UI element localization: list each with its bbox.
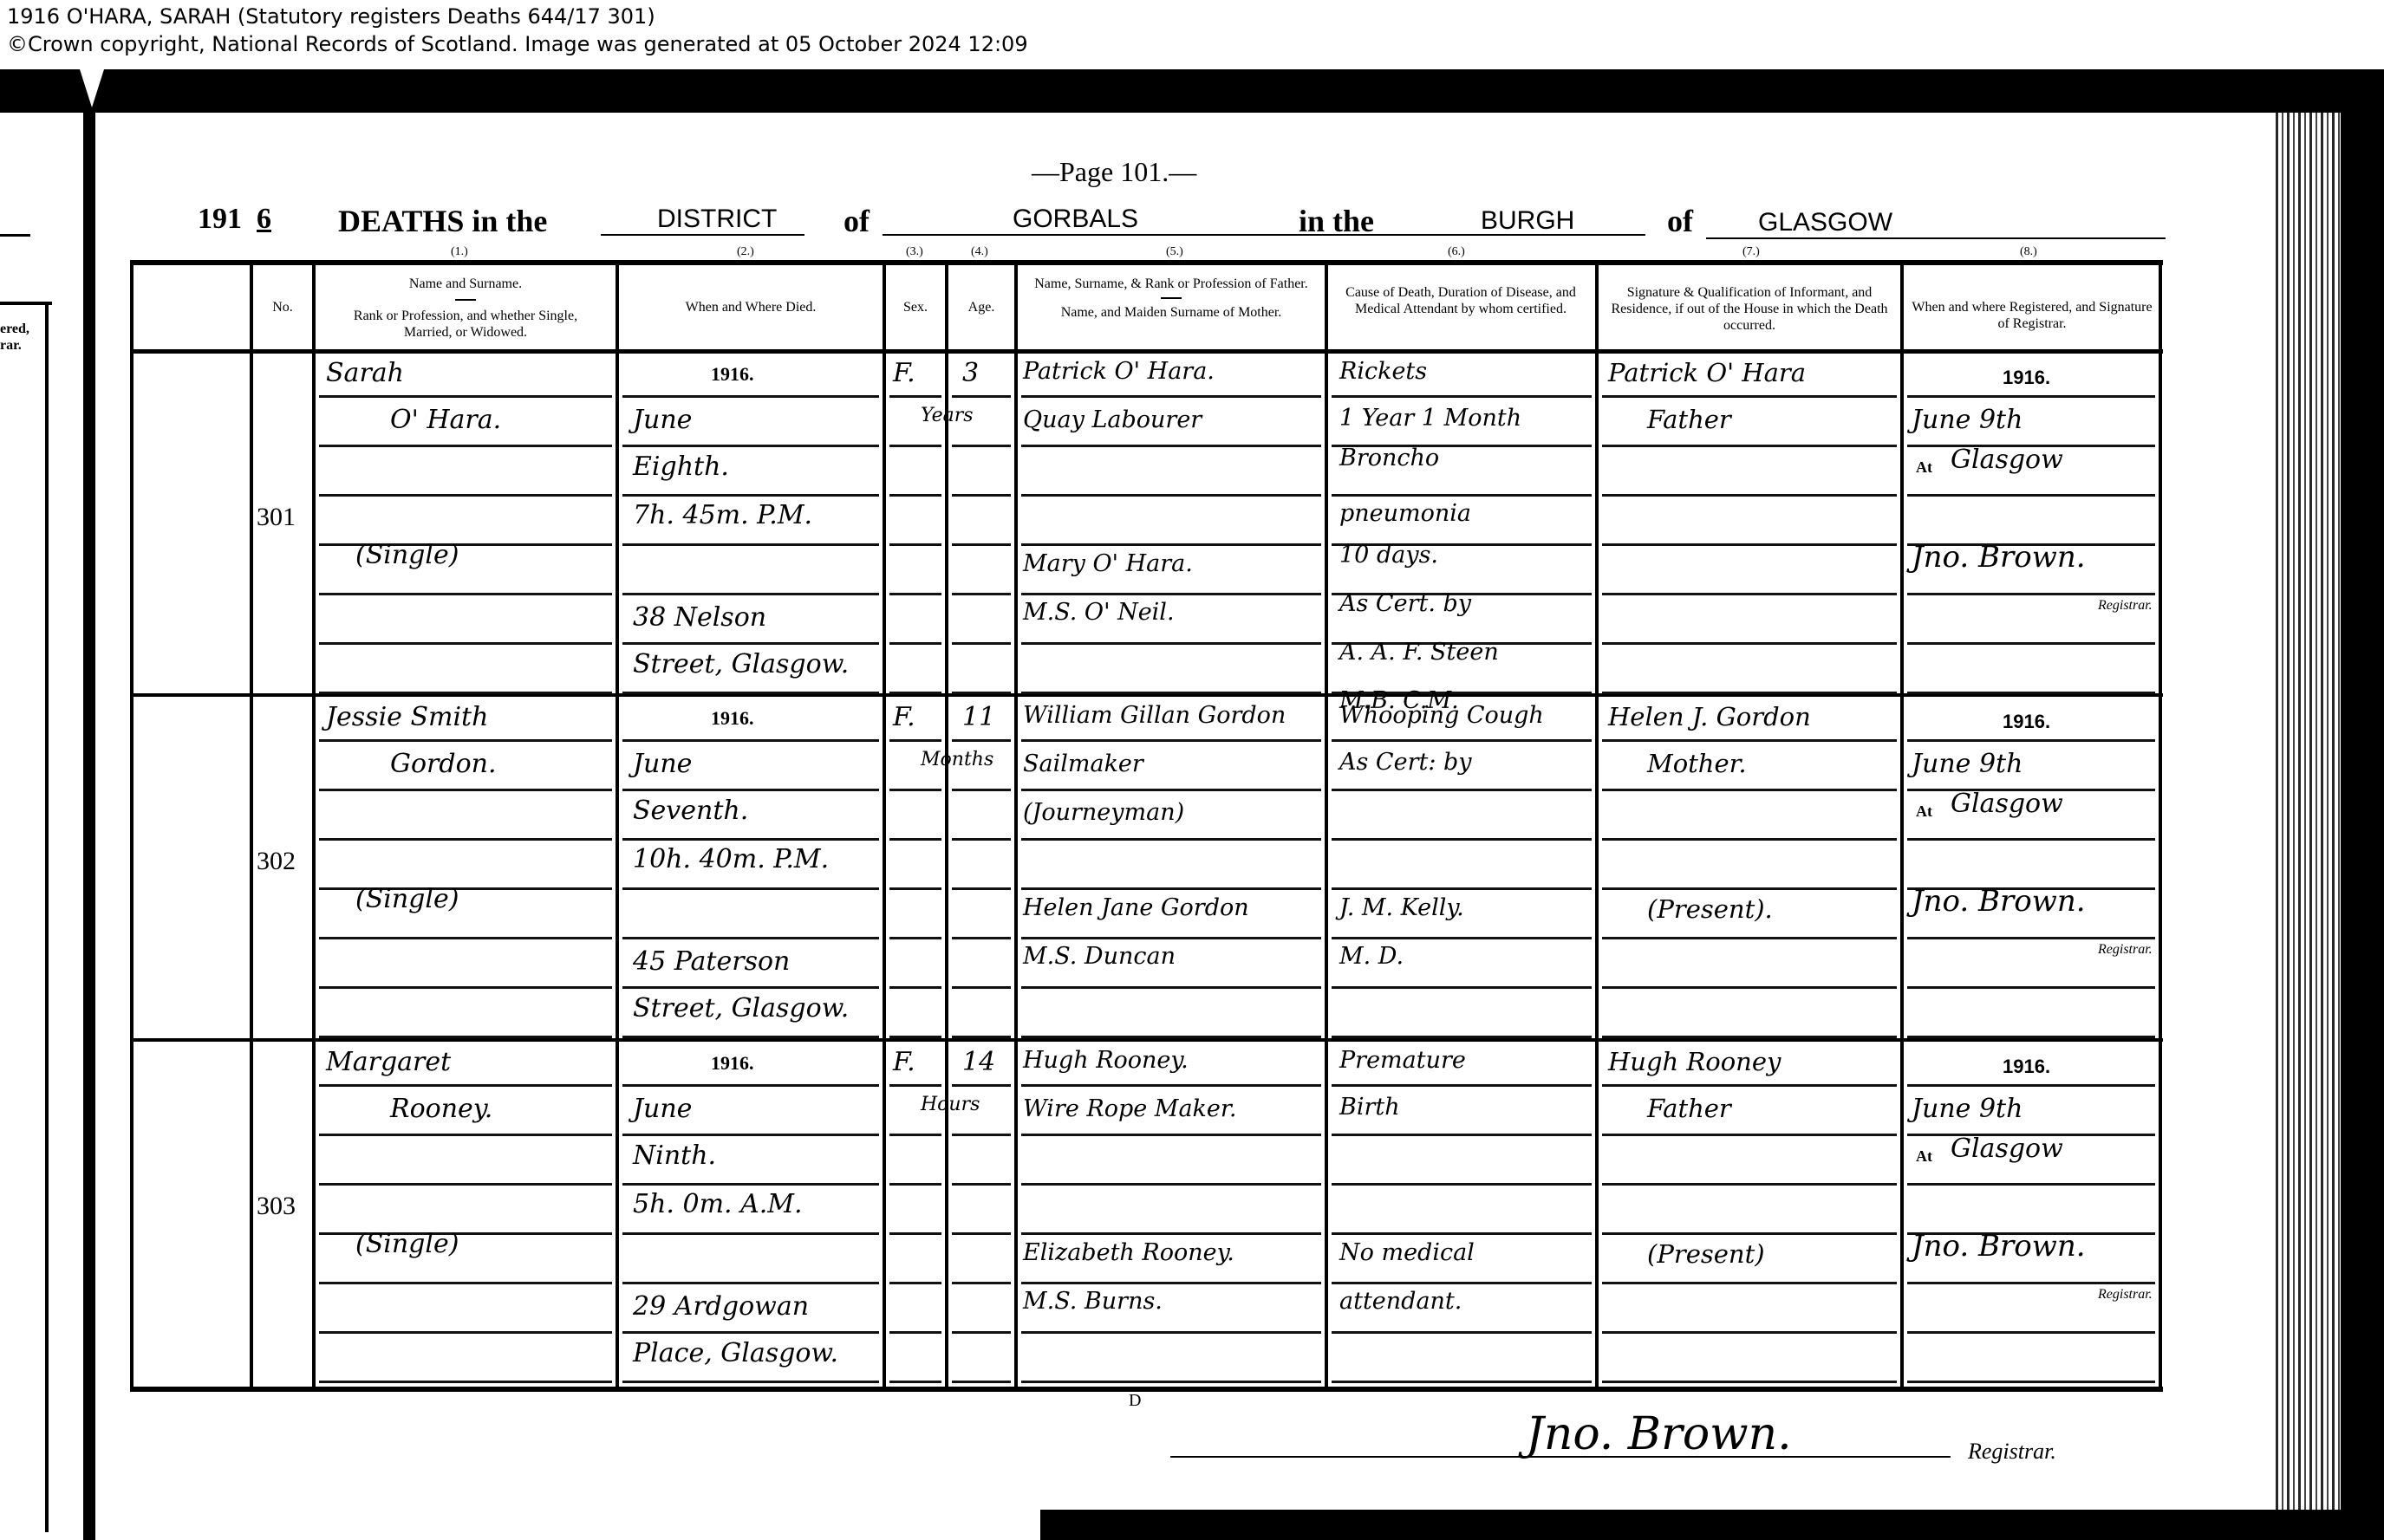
ruled-line (622, 395, 879, 398)
header-name-top: Name and Surname. (316, 276, 616, 292)
ruled-line (1602, 1331, 1897, 1334)
ruled-line (1332, 1381, 1592, 1383)
ruled-line (622, 937, 879, 939)
ruled-line (952, 937, 1011, 939)
registered-place: Glasgow (1951, 445, 2063, 475)
ruled-line (1021, 789, 1321, 791)
registered-year: 1916. (2003, 1056, 2050, 1078)
ruled-line (319, 692, 612, 694)
ruled-line (1021, 494, 1321, 497)
mother-line: Elizabeth Rooney. (1023, 1239, 1234, 1266)
district-type: DISTRICT (657, 205, 777, 234)
registered-date: June 9th (1912, 405, 2022, 435)
ruled-line (889, 838, 941, 841)
header-cause: Cause of Death, Duration of Disease, and… (1335, 284, 1586, 317)
cause-line: Birth (1339, 1094, 1400, 1121)
mother-line: M.S. Burns. (1023, 1288, 1163, 1315)
registrar-label: Registrar. (2098, 598, 2153, 614)
ruled-line (622, 494, 879, 497)
column-number: (3.) (906, 245, 923, 259)
ruled-line (1602, 1183, 1897, 1186)
when-where-line: 7h. 45m. P.M. (633, 500, 812, 530)
column-number: (1.) (451, 245, 468, 259)
age-value: 11 (962, 702, 995, 732)
ruled-line (1021, 1183, 1321, 1186)
ruled-line (889, 494, 941, 497)
ruled-line (1021, 937, 1321, 939)
gutter-notch (80, 69, 104, 107)
informant-line: Hugh Rooney (1608, 1047, 1781, 1076)
sex: F. (893, 702, 915, 732)
age-value: 14 (962, 1047, 995, 1077)
ruled-line (319, 937, 612, 939)
ruled-line (889, 986, 941, 989)
when-where-line: Seventh. (633, 796, 748, 826)
when-where-line: 29 Ardgowan (633, 1291, 809, 1322)
registrar-signature: Jno. Brown. (1912, 884, 2086, 919)
heading-deaths: DEATHS in the (338, 203, 547, 239)
ruled-line (622, 1232, 879, 1235)
ruled-line (1907, 494, 2155, 497)
ruled-line (1907, 1183, 2155, 1186)
ruled-line (1907, 1381, 2155, 1383)
ruled-line (889, 395, 941, 398)
when-where-line: June (633, 405, 692, 435)
column-number: (5.) (1166, 245, 1183, 259)
header-registered: When and where Registered, and Signature… (1907, 299, 2157, 332)
cause-line: 1 Year 1 Month (1339, 405, 1521, 432)
ruled-line (1021, 593, 1321, 595)
ruled-line (952, 789, 1011, 791)
ruled-line (1332, 887, 1592, 890)
ruled-line (952, 739, 1011, 742)
ruled-line (952, 445, 1011, 447)
ruled-line (319, 395, 612, 398)
ruled-line (1332, 1036, 1592, 1038)
registrar-signature: Jno. Brown. (1912, 540, 2086, 575)
ruled-line (319, 494, 612, 497)
page-number: —Page 101.— (1032, 156, 1196, 188)
cause-line: 10 days. (1339, 542, 1438, 569)
ruled-line (889, 445, 941, 447)
father-line: Quay Labourer (1023, 406, 1202, 433)
ruled-line (1332, 1232, 1592, 1235)
registered-at-label: At (1916, 802, 1932, 821)
ruled-line (1602, 937, 1897, 939)
ruled-line (319, 642, 612, 645)
ruled-line (1332, 1183, 1592, 1186)
when-where-line: 1916. (711, 707, 754, 730)
ruled-line (1332, 1331, 1592, 1334)
when-where-line: 1916. (711, 1052, 754, 1075)
ruled-line (1332, 789, 1592, 791)
deceased-name: Jessie Smith (326, 702, 488, 732)
ruled-line (889, 543, 941, 546)
ruled-line (952, 838, 1011, 841)
ruled-line (1907, 692, 2155, 694)
ruled-line (1907, 937, 2155, 939)
registrar-label: Registrar. (2098, 1287, 2153, 1303)
ruled-line (1602, 395, 1897, 398)
entry-number: 302 (257, 847, 296, 876)
registered-year: 1916. (2003, 367, 2050, 389)
when-where-line: 45 Paterson (633, 946, 790, 977)
ruled-line (1021, 1232, 1321, 1235)
when-where-line: Place, Glasgow. (633, 1338, 838, 1368)
ruled-line (622, 1282, 879, 1284)
ruled-line (1021, 692, 1321, 694)
when-where-line: Eighth. (633, 452, 729, 482)
ruled-line (1602, 1134, 1897, 1136)
when-where-line: 38 Nelson (633, 602, 766, 633)
ruled-line (1602, 789, 1897, 791)
ruled-line (889, 1036, 941, 1038)
ruled-line (1021, 739, 1321, 742)
father-line: Sailmaker (1023, 751, 1143, 777)
ruled-line (952, 494, 1011, 497)
ruled-line (622, 1036, 879, 1038)
ruled-line (889, 692, 941, 694)
registrar-label: Registrar. (2098, 942, 2153, 958)
ruled-line (952, 1282, 1011, 1284)
ruled-line (319, 1183, 612, 1186)
ruled-line (1907, 642, 2155, 645)
ruled-line (889, 1282, 941, 1284)
heading-of-2: of (1667, 203, 1693, 239)
father-line: Patrick O' Hara. (1023, 358, 1215, 385)
book-gutter (83, 109, 95, 1540)
column-number: (2.) (737, 245, 754, 259)
ruled-line (889, 642, 941, 645)
scan-top-band (0, 69, 2384, 113)
ruled-line (1602, 1381, 1897, 1383)
column-number: (8.) (2020, 245, 2037, 259)
ruled-line (1907, 838, 2155, 841)
ruled-line (1907, 1036, 2155, 1038)
ruled-line (1907, 1331, 2155, 1334)
footer-registrar-signature: Jno. Brown. (1526, 1408, 1792, 1460)
cause-line: Whooping Cough (1339, 702, 1544, 729)
ruled-line (1332, 1084, 1592, 1087)
ruled-line (1021, 1036, 1321, 1038)
cause-line: As Cert: by (1339, 749, 1472, 776)
ruled-line (319, 1036, 612, 1038)
informant-line: Mother. (1647, 749, 1747, 778)
ruled-line (1021, 838, 1321, 841)
marital-status: (Single) (355, 1229, 459, 1259)
father-line: Wire Rope Maker. (1023, 1095, 1236, 1122)
ruled-line (1602, 986, 1897, 989)
when-where-line: 1916. (711, 363, 754, 386)
district-name: GORBALS (1013, 205, 1138, 234)
ruled-line (952, 1036, 1011, 1038)
ruled-line (622, 692, 879, 694)
ruled-line (1602, 1036, 1897, 1038)
ruled-line (1907, 739, 2155, 742)
father-line: Hugh Rooney. (1023, 1047, 1189, 1074)
deceased-name: Margaret (326, 1047, 451, 1077)
page-edge-stack (2276, 113, 2341, 1517)
register-heading: 191 6 DEATHS in the DISTRICT of GORBALS … (198, 199, 2166, 243)
cause-line: Broncho (1339, 445, 1439, 471)
cause-line: Premature (1339, 1047, 1466, 1074)
ruled-line (1907, 1282, 2155, 1284)
ruled-line (1602, 692, 1897, 694)
ruled-line (889, 1134, 941, 1136)
ruled-line (1332, 1134, 1592, 1136)
registered-place: Glasgow (1951, 1134, 2063, 1164)
ruled-line (889, 1232, 941, 1235)
ruled-line (952, 1183, 1011, 1186)
informant-line: (Present) (1647, 1239, 1765, 1269)
ruled-line (319, 838, 612, 841)
record-title: 1916 O'HARA, SARAH (Statutory registers … (7, 3, 655, 29)
ruled-line (622, 1084, 879, 1087)
ruled-line (622, 445, 879, 447)
ruled-line (952, 692, 1011, 694)
ruled-line (1021, 543, 1321, 546)
ruled-line (1332, 1282, 1592, 1284)
entry-number: 301 (257, 503, 296, 532)
registered-place: Glasgow (1951, 789, 2063, 819)
ruled-line (1602, 543, 1897, 546)
cause-line: attendant. (1339, 1288, 1462, 1315)
ruled-line (622, 593, 879, 595)
informant-line: Helen J. Gordon (1608, 702, 1811, 731)
left-page-fragment: ered, rar. (0, 113, 78, 1540)
ruled-line (1907, 986, 2155, 989)
registered-at-label: At (1916, 1147, 1932, 1166)
burgh-type: BURGH (1481, 206, 1574, 236)
footer-registrar-label: Registrar. (1968, 1439, 2056, 1465)
entry-number: 303 (257, 1192, 296, 1221)
registered-date: June 9th (1912, 749, 2022, 779)
ruled-line (952, 543, 1011, 546)
ruled-line (1021, 1282, 1321, 1284)
ruled-line (1021, 1331, 1321, 1334)
ruled-line (622, 739, 879, 742)
burgh-name: GLASGOW (1758, 208, 1892, 237)
column-number: (4.) (971, 245, 988, 259)
header-mother: Name, and Maiden Surname of Mother. (1018, 304, 1325, 321)
ruled-line (1602, 494, 1897, 497)
ruled-line (889, 1381, 941, 1383)
registered-at-label: At (1916, 458, 1932, 477)
cause-line: J. M. Kelly. (1339, 894, 1464, 921)
scan-bottom-band (1040, 1510, 2384, 1540)
ruled-line (952, 1381, 1011, 1383)
informant-line: Father (1647, 1094, 1731, 1123)
ruled-line (1021, 395, 1321, 398)
column-number: (6.) (1448, 245, 1465, 259)
ruled-line (622, 1331, 879, 1334)
ruled-line (1602, 1282, 1897, 1284)
ruled-line (319, 593, 612, 595)
heading-in-the: in the (1299, 203, 1374, 239)
ruled-line (319, 1282, 612, 1284)
when-where-line: 10h. 40m. P.M. (633, 844, 829, 874)
ruled-line (622, 789, 879, 791)
mother-line: Helen Jane Gordon (1023, 894, 1249, 921)
year-suffix: 6 (257, 203, 271, 236)
ruled-line (1332, 494, 1592, 497)
ruled-line (952, 986, 1011, 989)
age-unit: Months (921, 749, 993, 770)
when-where-line: June (633, 1094, 692, 1124)
age-unit: Years (921, 405, 974, 426)
ruled-line (319, 1134, 612, 1136)
father-line: (Journeyman) (1023, 799, 1184, 826)
informant-line: Father (1647, 405, 1731, 434)
ruled-line (889, 1183, 941, 1186)
header-sex: Sex. (886, 299, 945, 315)
ruled-line (889, 937, 941, 939)
header-informant: Signature & Qualification of Informant, … (1600, 284, 1899, 334)
ruled-line (622, 1381, 879, 1383)
registered-year: 1916. (2003, 711, 2050, 733)
ruled-line (622, 543, 879, 546)
ruled-line (622, 1183, 879, 1186)
deceased-surname: O' Hara. (390, 405, 501, 435)
when-where-line: Street, Glasgow. (633, 649, 849, 679)
sex: F. (893, 358, 915, 388)
cause-line: As Cert. by (1339, 590, 1471, 617)
ruled-line (1021, 887, 1321, 890)
ruled-line (889, 789, 941, 791)
mother-line: M.S. Duncan (1023, 943, 1176, 970)
ruled-line (952, 395, 1011, 398)
deceased-surname: Rooney. (390, 1094, 492, 1124)
when-where-line: Street, Glasgow. (633, 993, 849, 1023)
ruled-line (1602, 739, 1897, 742)
ruled-line (1332, 986, 1592, 989)
age-unit: Hours (921, 1094, 980, 1115)
year-prefix: 191 (198, 203, 242, 236)
ruled-line (1602, 1232, 1897, 1235)
sex: F. (893, 1047, 915, 1077)
header-father: Name, Surname, & Rank or Profession of F… (1018, 276, 1325, 292)
cause-line: A. A. F. Steen (1339, 639, 1499, 666)
ruled-line (1021, 642, 1321, 645)
ruled-line (319, 1381, 612, 1383)
ruled-line (1021, 1084, 1321, 1087)
header-parents: Name, Surname, & Rank or Profession of F… (1018, 276, 1325, 321)
informant-line: (Present). (1647, 894, 1773, 924)
ruled-line (622, 838, 879, 841)
father-line: William Gillan Gordon (1023, 702, 1286, 729)
ruled-line (1332, 838, 1592, 841)
deceased-surname: Gordon. (390, 749, 497, 779)
ruled-line (1021, 986, 1321, 989)
ruled-line (952, 1134, 1011, 1136)
when-where-line: 5h. 0m. A.M. (633, 1189, 803, 1219)
copyright-notice: ©Crown copyright, National Records of Sc… (7, 31, 1028, 57)
left-fragment-text: ered, (0, 321, 29, 337)
ruled-line (622, 887, 879, 890)
ruled-line (1021, 445, 1321, 447)
marital-status: (Single) (355, 884, 459, 914)
column-number: (7.) (1742, 245, 1760, 259)
mother-line: M.S. O' Neil. (1023, 599, 1175, 626)
left-fragment-text: rar. (0, 337, 29, 354)
ruled-line (1602, 445, 1897, 447)
when-where-line: June (633, 749, 692, 779)
ruled-line (1602, 838, 1897, 841)
ruled-line (889, 1084, 941, 1087)
ruled-line (1021, 1381, 1321, 1383)
ruled-line (1602, 642, 1897, 645)
ruled-line (622, 986, 879, 989)
cause-line: pneumonia (1339, 500, 1471, 527)
ruled-line (952, 642, 1011, 645)
header-no: No. (253, 299, 312, 315)
registrar-signature: Jno. Brown. (1912, 1229, 2086, 1264)
ruled-line (1907, 395, 2155, 398)
header-name: Name and Surname. Rank or Profession, an… (316, 276, 616, 341)
cause-line: Rickets (1339, 358, 1427, 385)
registered-date: June 9th (1912, 1094, 2022, 1124)
ruled-line (952, 593, 1011, 595)
ruled-line (889, 739, 941, 742)
marital-status: (Single) (355, 540, 459, 570)
when-where-line: Ninth. (633, 1140, 716, 1171)
ruled-line (1907, 593, 2155, 595)
ruled-line (622, 1134, 879, 1136)
ruled-line (319, 1084, 612, 1087)
header-when-where: When and Where Died. (619, 299, 883, 315)
ruled-line (319, 789, 612, 791)
ruled-line (1602, 887, 1897, 890)
age-value: 3 (962, 358, 979, 388)
cause-line: M. D. (1339, 943, 1404, 970)
ruled-line (319, 1331, 612, 1334)
mother-line: Mary O' Hara. (1023, 550, 1193, 577)
ruled-line (1907, 1084, 2155, 1087)
ruled-line (1332, 739, 1592, 742)
ruled-line (319, 739, 612, 742)
ruled-line (952, 887, 1011, 890)
ruled-line (889, 1331, 941, 1334)
ruled-line (889, 593, 941, 595)
footer-letter: D (1129, 1391, 1141, 1411)
ruled-line (1602, 1084, 1897, 1087)
ruled-line (952, 1084, 1011, 1087)
ruled-line (1602, 593, 1897, 595)
deceased-name: Sarah (326, 358, 404, 388)
ruled-line (622, 642, 879, 645)
ruled-line (1332, 395, 1592, 398)
cause-line: No medical (1339, 1239, 1475, 1266)
informant-line: Patrick O' Hara (1608, 358, 1806, 387)
ruled-line (1021, 1134, 1321, 1136)
header-name-bottom: Rank or Profession, and whether Single, … (316, 308, 616, 341)
ruled-line (319, 986, 612, 989)
header-age: Age. (948, 299, 1014, 315)
ruled-line (1332, 937, 1592, 939)
ruled-line (952, 1232, 1011, 1235)
ruled-line (889, 887, 941, 890)
ruled-line (319, 445, 612, 447)
scan-right-edge (2341, 69, 2384, 1540)
ruled-line (952, 1331, 1011, 1334)
heading-of: of (844, 203, 870, 239)
